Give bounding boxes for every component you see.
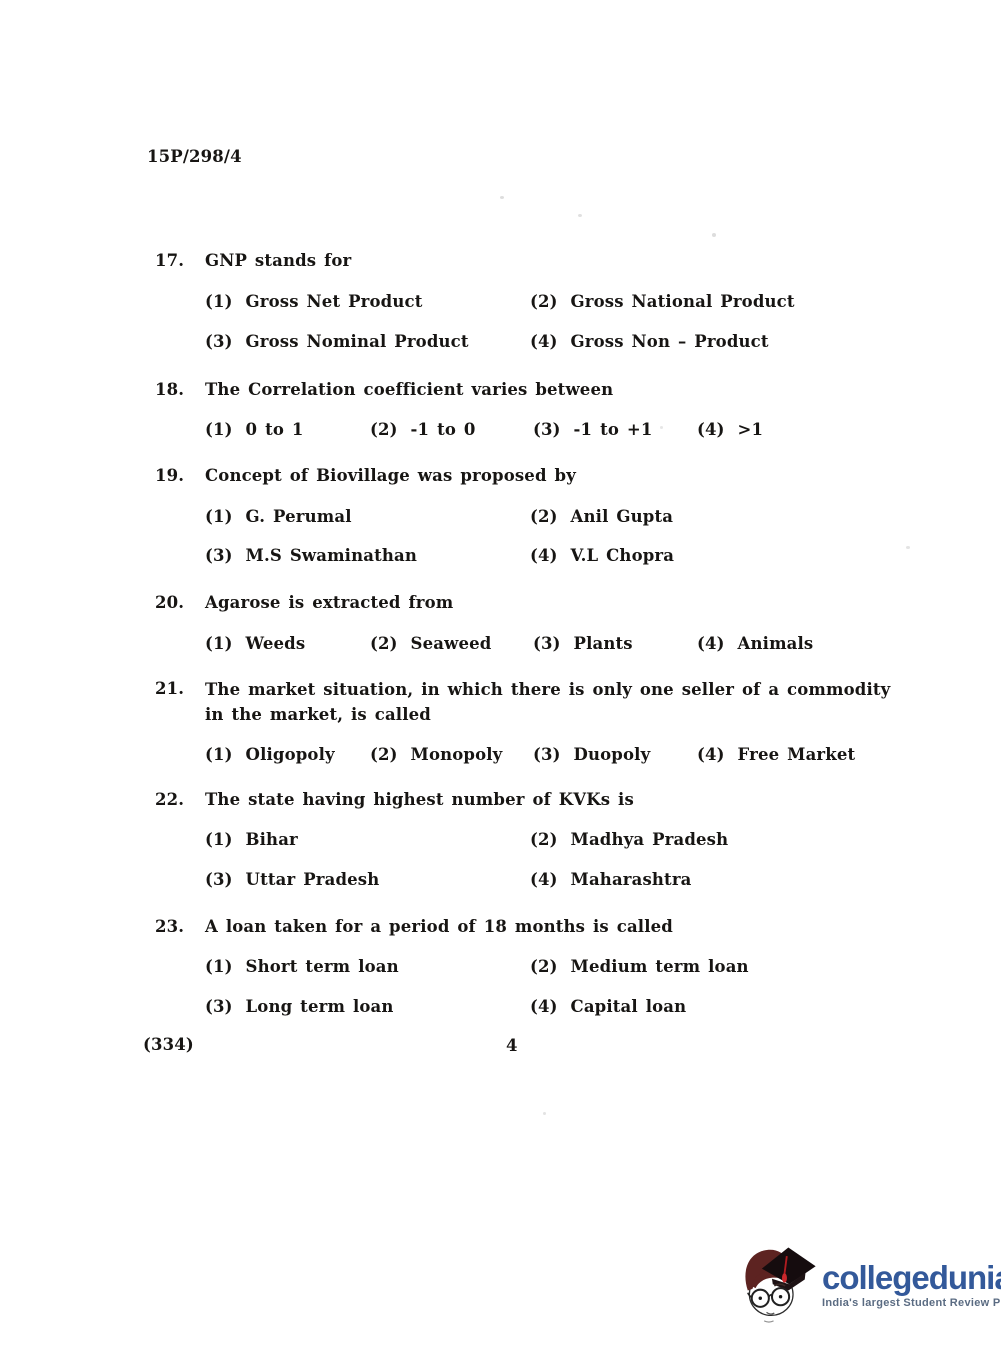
option-text: Uttar Pradesh: [246, 869, 380, 890]
option-label: (1): [205, 829, 233, 850]
option-label: (1): [205, 956, 233, 977]
q19-text: Concept of Biovillage was proposed by: [205, 465, 576, 486]
option-text: Gross National Product: [571, 291, 795, 312]
collegedunia-mascot-icon: [740, 1245, 818, 1325]
paper-code: 15P/298/4: [147, 146, 242, 167]
q19-option-3: (3)M.S Swaminathan: [205, 545, 417, 566]
q23-text: A loan taken for a period of 18 months i…: [205, 916, 673, 937]
option-text: Seaweed: [411, 633, 492, 654]
option-text: >1: [738, 419, 764, 440]
q19-option-2: (2)Anil Gupta: [530, 506, 673, 527]
logo-text-block: collegedunia .com India's largest Studen…: [822, 1262, 1001, 1309]
q20-option-4: (4)Animals: [697, 633, 813, 654]
q18-text: The Correlation coefficient varies betwe…: [205, 379, 613, 400]
option-label: (3): [533, 633, 561, 654]
q23-option-4: (4)Capital loan: [530, 996, 686, 1017]
option-text: Anil Gupta: [571, 506, 674, 527]
option-text: Free Market: [738, 744, 856, 765]
option-text: Madhya Pradesh: [571, 829, 729, 850]
logo-tagline: India's largest Student Review Platform: [822, 1297, 1001, 1309]
q19-option-1: (1)G. Perumal: [205, 506, 352, 527]
option-label: (1): [205, 419, 233, 440]
q20-option-3: (3)Plants: [533, 633, 633, 654]
option-text: Gross Non – Product: [571, 331, 769, 352]
q18-option-2: (2)-1 to 0: [370, 419, 476, 440]
q21-option-1: (1)Oligopoly: [205, 744, 335, 765]
option-label: (4): [530, 331, 558, 352]
scan-speck: [712, 233, 716, 237]
q22-option-1: (1)Bihar: [205, 829, 298, 850]
scan-speck: [500, 196, 504, 199]
option-text: -1 to 0: [411, 419, 476, 440]
option-label: (4): [697, 633, 725, 654]
scan-speck: [578, 214, 582, 217]
option-text: Weeds: [246, 633, 306, 654]
q20-text: Agarose is extracted from: [205, 592, 453, 613]
option-label: (2): [530, 506, 558, 527]
q17-option-4: (4)Gross Non – Product: [530, 331, 769, 352]
option-label: (1): [205, 744, 233, 765]
option-text: -1 to +1: [574, 419, 653, 440]
q18-option-1: (1)0 to 1: [205, 419, 304, 440]
option-label: (4): [697, 744, 725, 765]
option-label: (2): [370, 744, 398, 765]
logo-brand-row: collegedunia .com: [822, 1262, 1001, 1294]
q20-option-2: (2)Seaweed: [370, 633, 491, 654]
q17-option-2: (2)Gross National Product: [530, 291, 795, 312]
q21-option-4: (4)Free Market: [697, 744, 855, 765]
q17-option-3: (3)Gross Nominal Product: [205, 331, 469, 352]
booklet-code: (334): [143, 1034, 194, 1055]
q20-option-1: (1)Weeds: [205, 633, 305, 654]
q18-option-3: (3)-1 to +1: [533, 419, 653, 440]
option-text: Maharashtra: [571, 869, 692, 890]
option-label: (2): [370, 633, 398, 654]
exam-paper-page: 15P/298/4 17. GNP stands for (1)Gross Ne…: [0, 0, 1001, 1356]
q23-option-2: (2)Medium term loan: [530, 956, 749, 977]
option-label: (3): [533, 419, 561, 440]
q21-option-2: (2)Monopoly: [370, 744, 502, 765]
option-text: M.S Swaminathan: [246, 545, 417, 566]
option-text: Bihar: [246, 829, 298, 850]
option-label: (2): [530, 291, 558, 312]
option-text: Gross Nominal Product: [246, 331, 469, 352]
option-text: Medium term loan: [571, 956, 749, 977]
option-label: (1): [205, 633, 233, 654]
option-text: Monopoly: [411, 744, 503, 765]
option-text: Gross Net Product: [246, 291, 423, 312]
option-text: V.L Chopra: [571, 545, 675, 566]
q18-number: 18.: [155, 379, 184, 400]
q22-text: The state having highest number of KVKs …: [205, 789, 634, 810]
logo-brand-text: collegedunia: [822, 1262, 1001, 1294]
option-label: (1): [205, 291, 233, 312]
option-label: (3): [205, 869, 233, 890]
q17-option-1: (1)Gross Net Product: [205, 291, 422, 312]
q21-number: 21.: [155, 678, 184, 699]
option-label: (3): [205, 331, 233, 352]
q22-option-4: (4)Maharashtra: [530, 869, 692, 890]
page-number: 4: [506, 1035, 518, 1056]
option-text: Long term loan: [246, 996, 394, 1017]
option-label: (1): [205, 506, 233, 527]
q17-number: 17.: [155, 250, 184, 271]
q20-number: 20.: [155, 592, 184, 613]
option-text: Capital loan: [571, 996, 687, 1017]
option-label: (3): [205, 996, 233, 1017]
option-text: Plants: [574, 633, 633, 654]
option-label: (3): [533, 744, 561, 765]
scan-speck: [543, 1112, 546, 1115]
q23-option-1: (1)Short term loan: [205, 956, 399, 977]
collegedunia-logo: collegedunia .com India's largest Studen…: [740, 1243, 996, 1327]
q17-text: GNP stands for: [205, 250, 351, 271]
option-text: Short term loan: [246, 956, 399, 977]
q19-number: 19.: [155, 465, 184, 486]
option-label: (4): [530, 996, 558, 1017]
option-text: G. Perumal: [246, 506, 352, 527]
q22-option-3: (3)Uttar Pradesh: [205, 869, 379, 890]
q21-option-3: (3)Duopoly: [533, 744, 650, 765]
q22-number: 22.: [155, 789, 184, 810]
option-text: 0 to 1: [246, 419, 304, 440]
scan-speck: [660, 426, 663, 429]
q23-option-3: (3)Long term loan: [205, 996, 394, 1017]
option-text: Animals: [738, 633, 814, 654]
q19-option-4: (4)V.L Chopra: [530, 545, 674, 566]
option-label: (3): [205, 545, 233, 566]
option-label: (4): [530, 545, 558, 566]
option-text: Duopoly: [574, 744, 651, 765]
scan-speck: [906, 546, 910, 549]
option-label: (2): [530, 829, 558, 850]
option-text: Oligopoly: [246, 744, 335, 765]
option-label: (4): [530, 869, 558, 890]
q21-text: The market situation, in which there is …: [205, 678, 911, 727]
option-label: (4): [697, 419, 725, 440]
option-label: (2): [530, 956, 558, 977]
q23-number: 23.: [155, 916, 184, 937]
option-label: (2): [370, 419, 398, 440]
q18-option-4: (4)>1: [697, 419, 763, 440]
q22-option-2: (2)Madhya Pradesh: [530, 829, 728, 850]
